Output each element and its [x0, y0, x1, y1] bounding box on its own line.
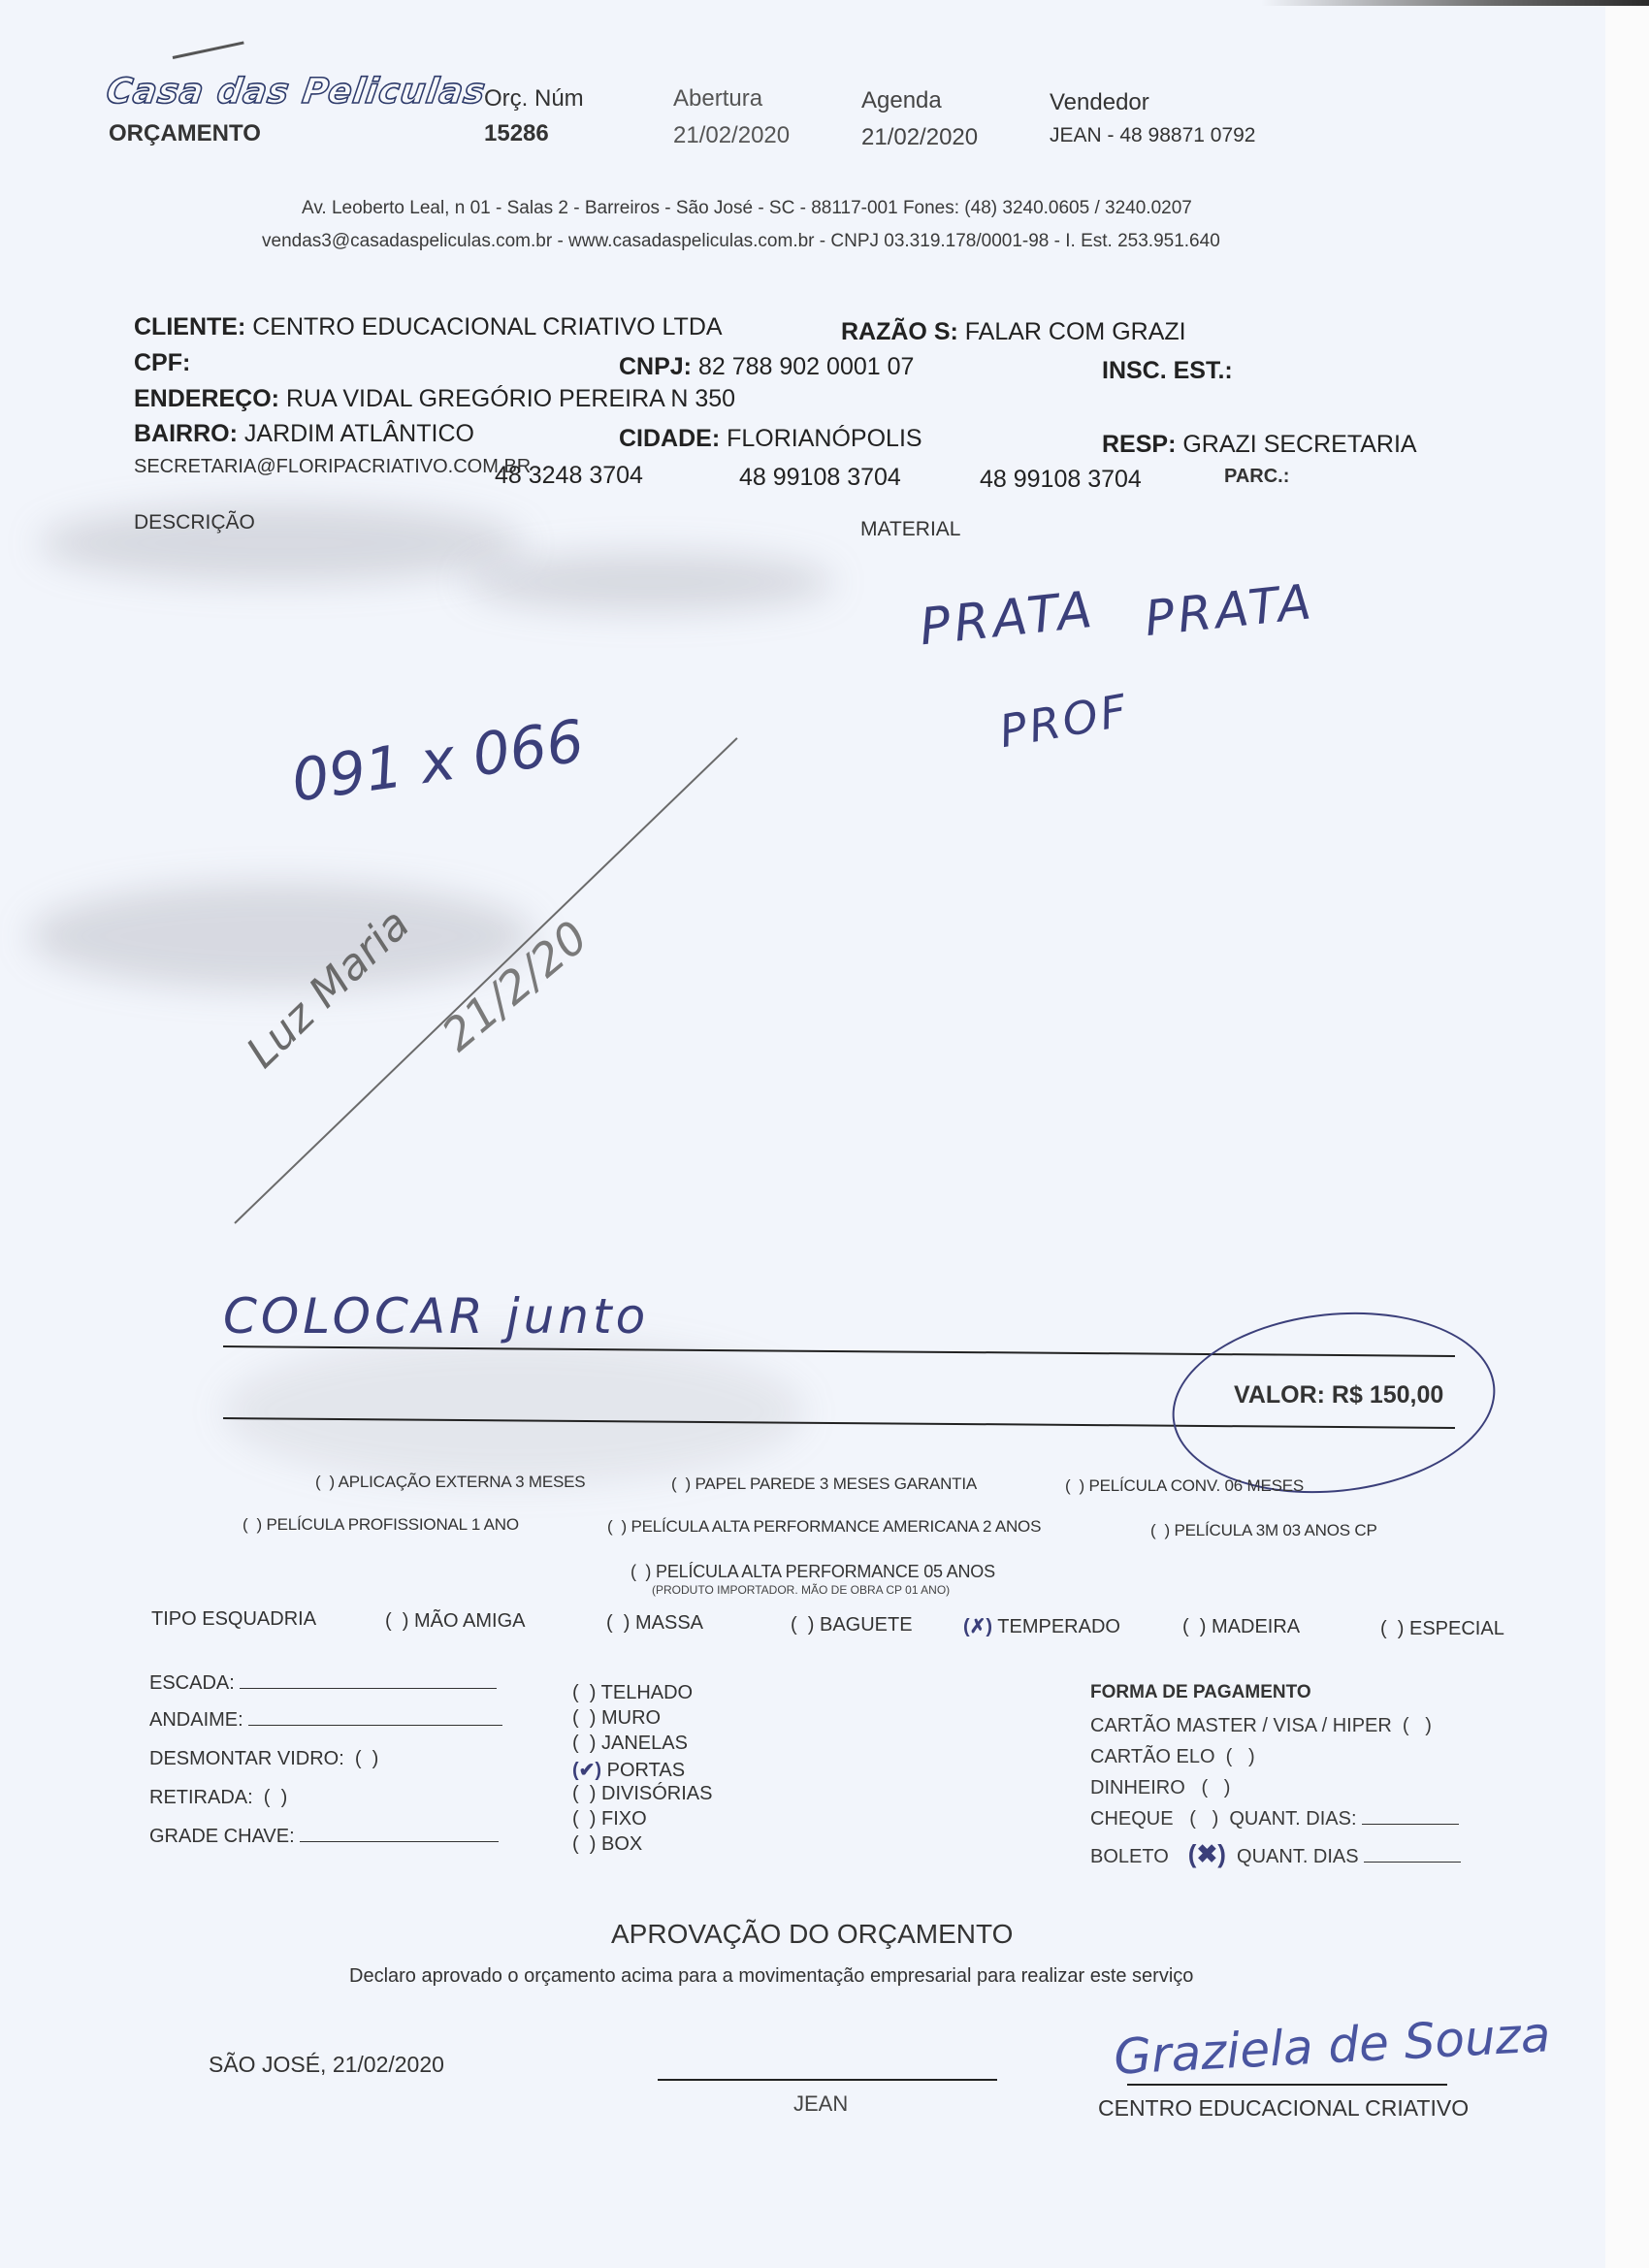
local-telhado: ( ) TELHADO — [572, 1682, 693, 1704]
handwritten-measure: 091 x 066 — [288, 707, 588, 815]
seller-signature-label: JEAN — [793, 2091, 848, 2117]
smudge — [466, 553, 834, 611]
client-signature-line — [1127, 2084, 1447, 2086]
escada-field: ESCADA: — [149, 1672, 497, 1695]
abertura-date: 21/02/2020 — [673, 122, 790, 149]
bairro-value: JARDIM ATLÂNTICO — [244, 420, 474, 447]
pay-cartao-elo: CARTÃO ELO ( ) — [1090, 1746, 1255, 1768]
place-date: SÃO JOSÉ, 21/02/2020 — [209, 2052, 444, 2078]
phone-3: 48 99108 3704 — [980, 466, 1142, 494]
local-divisorias: ( ) DIVISÓRIAS — [572, 1783, 712, 1805]
smudge — [39, 504, 524, 582]
local-fixo: ( ) FIXO — [572, 1808, 647, 1831]
endereco-label: ENDEREÇO: — [134, 385, 279, 412]
endereco-value: RUA VIDAL GREGÓRIO PEREIRA N 350 — [286, 385, 735, 412]
insc-est-label: INSC. EST.: — [1102, 357, 1233, 384]
approval-declaration: Declaro aprovado o orçamento acima para … — [349, 1965, 1193, 1988]
handwritten-note: COLOCAR junto — [223, 1288, 649, 1345]
opt-pelicula-3m: ( ) PELÍCULA 3M 03 ANOS CP — [1150, 1521, 1377, 1540]
grade-chave-field: GRADE CHAVE: — [149, 1826, 499, 1848]
handwritten-material-3: PROF — [995, 684, 1133, 759]
material-label: MATERIAL — [860, 518, 960, 541]
cidade-value: FLORIANÓPOLIS — [727, 425, 921, 452]
retirada-field: RETIRADA: ( ) — [149, 1787, 287, 1809]
company-logo: Casa das Peliculas — [104, 72, 488, 112]
handwritten-material-2: PRATA — [1142, 573, 1317, 647]
phone-2: 48 99108 3704 — [739, 464, 901, 492]
company-contact: vendas3@casadaspeliculas.com.br - www.ca… — [262, 231, 1220, 252]
payment-title: FORMA DE PAGAMENTO — [1090, 1682, 1311, 1703]
doc-type: ORÇAMENTO — [109, 120, 261, 147]
pay-cheque: CHEQUE ( ) QUANT. DIAS: — [1090, 1808, 1459, 1831]
pay-cartao-master: CARTÃO MASTER / VISA / HIPER ( ) — [1090, 1715, 1432, 1737]
desmontar-vidro-field: DESMONTAR VIDRO: ( ) — [149, 1748, 378, 1770]
bairro-label: BAIRRO: — [134, 420, 238, 447]
esquadria-mao-amiga: ( ) MÃO AMIGA — [385, 1610, 525, 1633]
smudge — [29, 883, 533, 989]
scan-shadow — [1261, 0, 1649, 6]
opt-pelicula-americana: ( ) PELÍCULA ALTA PERFORMANCE AMERICANA … — [607, 1517, 1041, 1537]
handwritten-material-1: PRATA — [917, 581, 1098, 658]
local-box: ( ) BOX — [572, 1833, 642, 1856]
esquadria-baguete: ( ) BAGUETE — [791, 1614, 913, 1636]
cliente-label: CLIENTE: — [134, 313, 245, 340]
andaime-field: ANDAIME: — [149, 1709, 502, 1732]
local-portas: (✔) PORTAS — [572, 1758, 685, 1782]
opt-pelicula-conv: ( ) PELÍCULA CONV. 06 MESES — [1065, 1476, 1304, 1496]
esquadria-temperado: (✗) TEMPERADO — [963, 1614, 1120, 1638]
agenda-date: 21/02/2020 — [861, 124, 978, 151]
opt-pelicula-profissional: ( ) PELÍCULA PROFISSIONAL 1 ANO — [242, 1515, 519, 1535]
client-email: SECRETARIA@FLORIPACRIATIVO.COM.BR — [134, 456, 531, 478]
client-row: CLIENTE: CENTRO EDUCACIONAL CRIATIVO LTD… — [134, 313, 723, 341]
cpf-label: CPF: — [134, 349, 190, 376]
resp-label: RESP: — [1102, 431, 1176, 458]
seller-signature-line — [658, 2079, 997, 2081]
orc-num: 15286 — [484, 120, 549, 147]
vendedor: JEAN - 48 98871 0792 — [1050, 124, 1255, 147]
local-muro: ( ) MURO — [572, 1707, 661, 1730]
x-mark-icon[interactable]: (✖) — [1174, 1839, 1226, 1868]
company-address: Av. Leoberto Leal, n 01 - Salas 2 - Barr… — [302, 198, 1192, 219]
vendedor-label: Vendedor — [1050, 89, 1149, 116]
scan-edge — [1605, 0, 1649, 2268]
smudge — [223, 1339, 805, 1484]
client-signature: Graziela de Souza — [1113, 2006, 1552, 2086]
cidade-label: CIDADE: — [619, 425, 720, 452]
pay-boleto: BOLETO (✖) QUANT. DIAS — [1090, 1839, 1461, 1869]
check-mark-icon[interactable]: (✗) — [963, 1616, 992, 1637]
opt-aplicacao-externa: ( ) APLICAÇÃO EXTERNA 3 MESES — [315, 1473, 585, 1492]
check-mark-icon[interactable]: (✔) — [572, 1760, 601, 1781]
cnpj-value: 82 788 902 0001 07 — [698, 353, 914, 380]
orc-num-label: Orç. Núm — [484, 85, 584, 113]
client-signature-label: CENTRO EDUCACIONAL CRIATIVO — [1098, 2095, 1469, 2122]
approval-title: APROVAÇÃO DO ORÇAMENTO — [611, 1919, 1013, 1950]
esquadria-especial: ( ) ESPECIAL — [1380, 1618, 1504, 1640]
local-janelas: ( ) JANELAS — [572, 1733, 688, 1755]
cnpj-label: CNPJ: — [619, 353, 692, 380]
parc-label: PARC.: — [1224, 466, 1289, 488]
abertura-label: Abertura — [673, 85, 762, 113]
razao-value: FALAR COM GRAZI — [965, 318, 1186, 345]
razao-label: RAZÃO S: — [841, 318, 958, 345]
esquadria-label: TIPO ESQUADRIA — [151, 1608, 316, 1631]
cliente-value: CENTRO EDUCACIONAL CRIATIVO LTDA — [252, 313, 722, 340]
agenda-label: Agenda — [861, 87, 942, 114]
phone-1: 48 3248 3704 — [495, 462, 643, 490]
opt-pelicula-alta-05-note: (PRODUTO IMPORTADOR. MÃO DE OBRA CP 01 A… — [652, 1583, 950, 1597]
resp-value: GRAZI SECRETARIA — [1182, 431, 1416, 458]
esquadria-madeira: ( ) MADEIRA — [1182, 1616, 1300, 1638]
opt-pelicula-alta-05: ( ) PELÍCULA ALTA PERFORMANCE 05 ANOS — [630, 1562, 995, 1582]
pay-dinheiro: DINHEIRO ( ) — [1090, 1777, 1230, 1799]
descricao-label: DESCRIÇÃO — [134, 511, 255, 535]
opt-papel-parede: ( ) PAPEL PAREDE 3 MESES GARANTIA — [671, 1474, 977, 1494]
esquadria-massa: ( ) MASSA — [606, 1612, 703, 1635]
staple-mark — [173, 41, 244, 59]
